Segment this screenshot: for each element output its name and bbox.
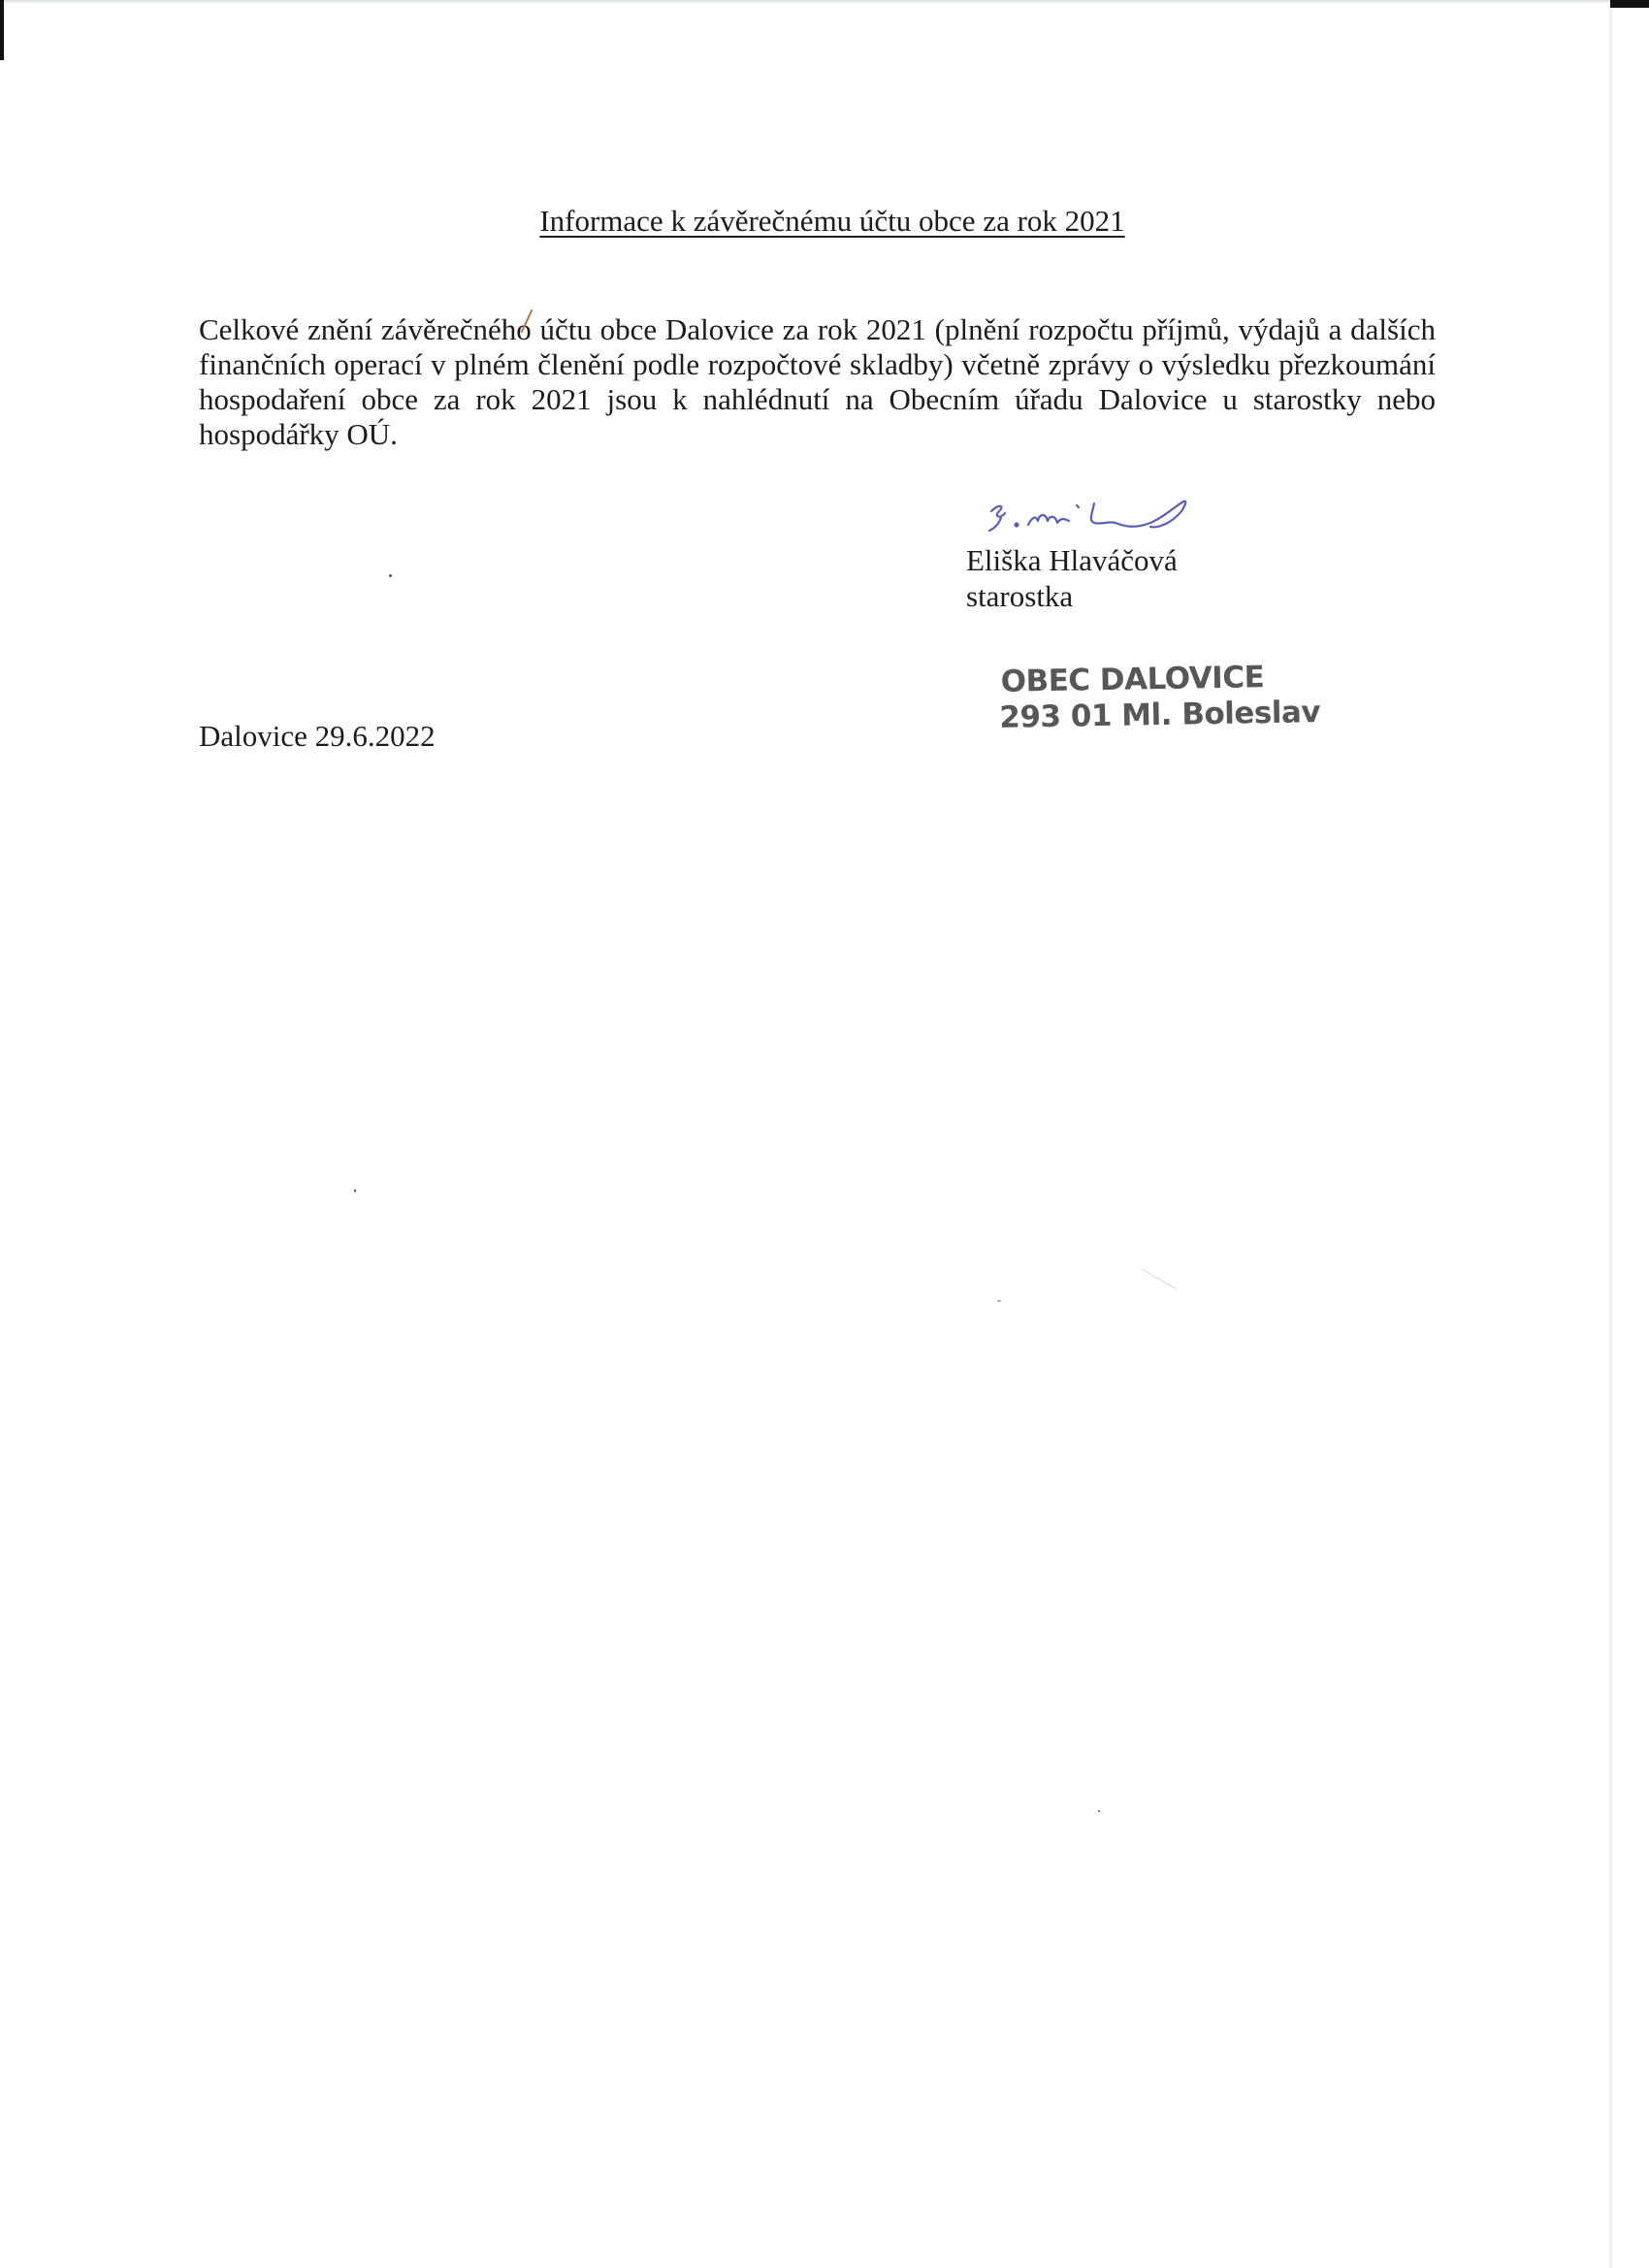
scan-edge-right	[1609, 8, 1612, 2268]
scan-speck	[997, 1300, 1001, 1302]
stamp-line-1: OBEC DALOVICE	[1000, 659, 1319, 700]
scan-edge-top	[0, 0, 1610, 4]
scan-edge-right-block	[1610, 0, 1649, 8]
handwritten-signature-icon	[980, 490, 1203, 538]
signer-name: Eliška Hlaváčová	[966, 543, 1178, 578]
place-and-date: Dalovice 29.6.2022	[199, 719, 436, 754]
scan-speck	[389, 574, 392, 577]
scan-streak	[1142, 1269, 1176, 1289]
document-title: Informace k závěrečnému účtu obce za rok…	[0, 204, 1649, 239]
stamp-line-2: 293 01 Ml. Boleslav	[999, 695, 1320, 736]
body-paragraph: Celkové znění závěrečného účtu obce Dalo…	[199, 312, 1436, 452]
scan-speck	[1098, 1810, 1100, 1812]
official-stamp: OBEC DALOVICE 293 01 Ml. Boleslav	[1000, 659, 1320, 736]
scan-speck	[354, 1189, 356, 1192]
signer-role: starostka	[966, 579, 1073, 614]
scan-edge-left	[0, 0, 4, 60]
body-text-part-1: Celkové znění závěrečného	[199, 312, 532, 346]
document-title-text: Informace k závěrečnému účtu obce za rok…	[539, 204, 1124, 238]
